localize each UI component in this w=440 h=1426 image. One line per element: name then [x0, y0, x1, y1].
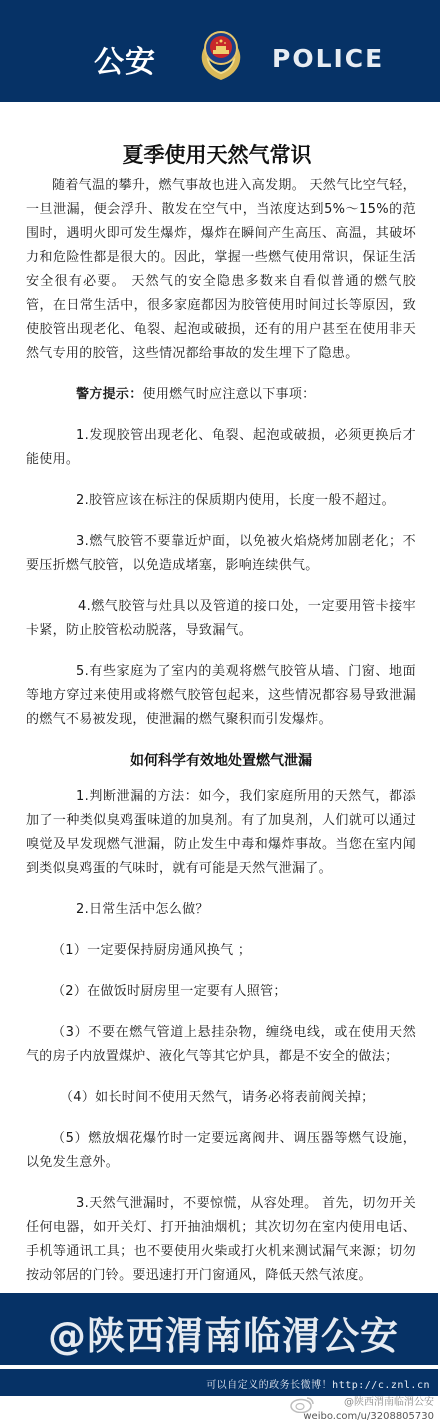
tip-item: 5.有些家庭为了室内的美观将燃气胶管从墙、门窗、地面等地方穿过来使用或将燃气胶管…	[26, 660, 416, 732]
footer-account-handle: @陕西渭南临渭公安	[48, 1305, 399, 1360]
leak-judge-paragraph: 1.判断泄漏的方法：如今，我们家庭所用的天然气，都添加了一种类似臭鸡蛋味道的加臭…	[26, 785, 416, 881]
police-tip-label: 警方提示：	[76, 387, 143, 402]
header-banner: 公安 POLICE	[0, 0, 440, 102]
article-title: 夏季使用天然气常识	[18, 140, 416, 174]
intro-paragraph: 随着气温的攀升，燃气事故也进入高发期。 天然气比空气轻，一旦泄漏，便会浮升、散发…	[26, 174, 416, 366]
header-police-text: POLICE	[272, 44, 384, 73]
footer-strip: 可以自定义的政务长微博！http://c.znl.cn	[0, 1369, 438, 1396]
tip-item: 2.胶管应该在标注的保质期内使用，长度一般不超过。	[26, 489, 416, 513]
police-tip-text: 使用燃气时应注意以下事项：	[143, 387, 316, 402]
footer-slogan: 可以自定义的政务长微博！http://c.znl.cn	[206, 1376, 430, 1391]
header-gongan-text: 公安	[94, 37, 156, 81]
police-emblem-icon	[196, 26, 246, 82]
daily-heading: 2.日常生活中怎么做？	[26, 898, 416, 922]
watermark-user: @陕西渭南临渭公安	[303, 1396, 434, 1410]
police-tip-line: 警方提示：使用燃气时应注意以下事项：	[26, 383, 416, 407]
tip-item: 1.发现胶管出现老化、龟裂、起泡或破损，必须更换后才能使用。	[26, 424, 416, 472]
leak-response-paragraph: 3.天然气泄漏时，不要惊慌，从容处理。 首先，切勿开关任何电器，如开关灯、打开抽…	[26, 1192, 416, 1288]
leak-section-title: 如何科学有效地处置燃气泄漏	[26, 749, 416, 773]
tip-item: 4.燃气胶管与灶具以及管道的接口处，一定要用管卡接牢卡紧，防止胶管松动脱落，导致…	[26, 595, 416, 643]
tip-item: 3.燃气胶管不要靠近炉面，以免被火焰烧烤加剧老化；不要压折燃气胶管，以免造成堵塞…	[26, 530, 416, 578]
daily-item: （1）一定要保持厨房通风换气 ；	[26, 939, 416, 963]
daily-item: （3）不要在燃气管道上悬挂杂物，缠绕电线，或在使用天然气的房子内放置煤炉、液化气…	[26, 1021, 416, 1069]
article: 夏季使用天然气常识 随着气温的攀升，燃气事故也进入高发期。 天然气比空气轻，一旦…	[26, 140, 416, 1288]
daily-item: （5）燃放烟花爆竹时一定要远离阀井、调压器等燃气设施，以免发生意外。	[26, 1127, 416, 1175]
daily-item: （4）如长时间不使用天然气，请务必将表前阀关掉；	[26, 1086, 416, 1110]
footer-banner: @陕西渭南临渭公安	[0, 1293, 438, 1365]
daily-item: （2）在做饭时厨房里一定要有人照管；	[26, 980, 416, 1004]
watermark-url: weibo.com/u/3208805730	[303, 1410, 434, 1424]
weibo-watermark: @陕西渭南临渭公安 weibo.com/u/3208805730	[303, 1396, 434, 1424]
